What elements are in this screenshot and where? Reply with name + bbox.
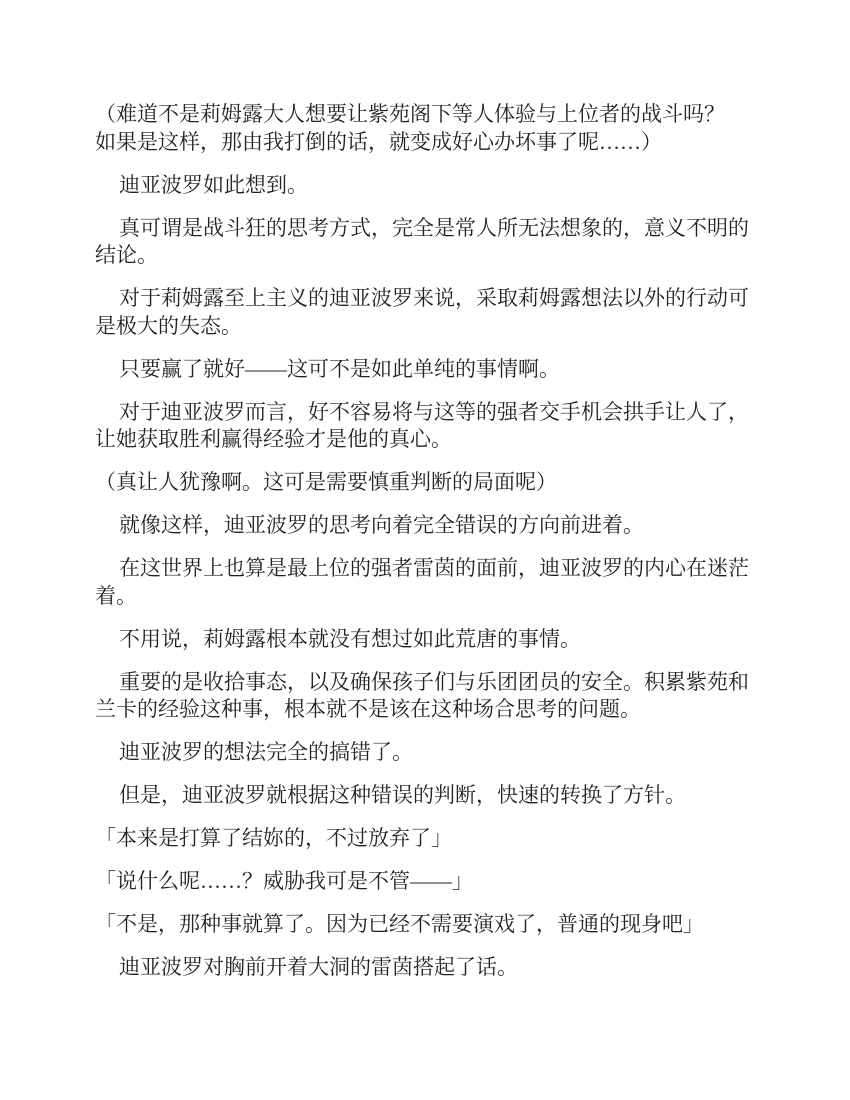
paragraph-dialogue: 「说什么呢……？威胁我可是不管——」 xyxy=(95,868,815,896)
paragraph-narration: 在这世界上也算是最上位的强者雷茵的面前，迪亚波罗的内心在迷茫 着。 xyxy=(95,555,815,610)
paragraph-narration: 迪亚波罗对胸前开着大洞的雷茵搭起了话。 xyxy=(95,954,815,982)
paragraph-inner-thought: （难道不是莉姆露大人想要让紫苑阁下等人体验与上位者的战斗吗？ 如果是这样，那由我… xyxy=(95,101,815,156)
paragraph-list: （难道不是莉姆露大人想要让紫苑阁下等人体验与上位者的战斗吗？ 如果是这样，那由我… xyxy=(95,101,815,982)
novel-page: （难道不是莉姆露大人想要让紫苑阁下等人体验与上位者的战斗吗？ 如果是这样，那由我… xyxy=(0,0,850,1100)
paragraph-narration: 迪亚波罗如此想到。 xyxy=(95,172,815,200)
paragraph-narration: 迪亚波罗的想法完全的搞错了。 xyxy=(95,739,815,767)
paragraph-narration: 不用说，莉姆露根本就没有想过如此荒唐的事情。 xyxy=(95,626,815,654)
paragraph-narration: 重要的是收拾事态，以及确保孩子们与乐团团员的安全。积累紫苑和 兰卡的经验这种事，… xyxy=(95,669,815,724)
paragraph-narration: 就像这样，迪亚波罗的思考向着完全错误的方向前进着。 xyxy=(95,512,815,540)
paragraph-inner-thought: （真让人犹豫啊。这可是需要慎重判断的局面呢） xyxy=(95,469,815,497)
paragraph-narration: 只要赢了就好——这可不是如此单纯的事情啊。 xyxy=(95,356,815,384)
paragraph-narration: 但是，迪亚波罗就根据这种错误的判断，快速的转换了方针。 xyxy=(95,782,815,810)
paragraph-narration: 真可谓是战斗狂的思考方式，完全是常人所无法想象的，意义不明的 结论。 xyxy=(95,215,815,270)
paragraph-dialogue: 「本来是打算了结妳的，不过放弃了」 xyxy=(95,825,815,853)
paragraph-dialogue: 「不是，那种事就算了。因为已经不需要演戏了，普通的现身吧」 xyxy=(95,911,815,939)
paragraph-narration: 对于迪亚波罗而言，好不容易将与这等的强者交手机会拱手让人了， 让她获取胜利赢得经… xyxy=(95,399,815,454)
paragraph-narration: 对于莉姆露至上主义的迪亚波罗来说，采取莉姆露想法以外的行动可 是极大的失态。 xyxy=(95,285,815,340)
